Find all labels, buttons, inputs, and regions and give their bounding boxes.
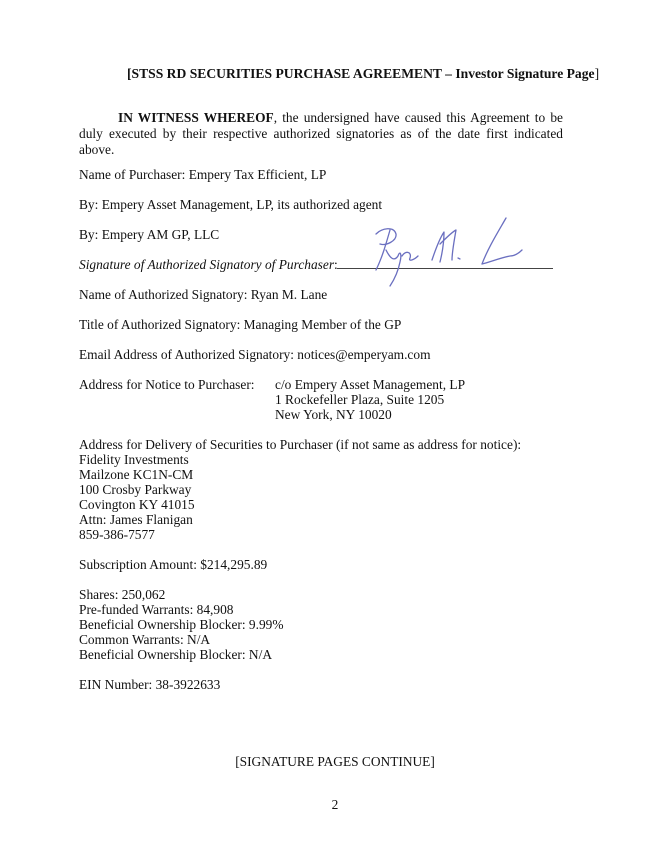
page-title: [STSS RD SECURITIES PURCHASE AGREEMENT –… (127, 66, 599, 81)
prefunded-warrants: Pre-funded Warrants: 84,908 (79, 602, 234, 617)
page-number: 2 (0, 797, 670, 812)
witness-paragraph: IN WITNESS WHEREOF, the undersigned have… (79, 110, 563, 158)
beneficial-ownership-blocker: Beneficial Ownership Blocker: 9.99% (79, 617, 284, 632)
ein-number: EIN Number: 38-3922633 (79, 677, 220, 692)
witness-heading: IN WITNESS WHEREOF (118, 110, 274, 125)
signatory-email: Email Address of Authorized Signatory: n… (79, 347, 430, 362)
delivery-address-line: Fidelity Investments (79, 452, 189, 467)
page-title-main: [STSS RD SECURITIES PURCHASE AGREEMENT –… (127, 66, 595, 81)
by-gp: By: Empery AM GP, LLC (79, 227, 219, 242)
by-agent: By: Empery Asset Management, LP, its aut… (79, 197, 382, 212)
notice-address-line: c/o Empery Asset Management, LP (275, 377, 465, 392)
signatory-title: Title of Authorized Signatory: Managing … (79, 317, 401, 332)
signature-label-row: Signature of Authorized Signatory of Pur… (79, 257, 338, 272)
common-warrants: Common Warrants: N/A (79, 632, 210, 647)
notice-address-line: New York, NY 10020 (275, 407, 392, 422)
handwritten-signature (360, 214, 540, 289)
page-title-bracket: ] (595, 66, 600, 81)
shares: Shares: 250,062 (79, 587, 165, 602)
subscription-amount: Subscription Amount: $214,295.89 (79, 557, 267, 572)
delivery-address-line: Attn: James Flanigan (79, 512, 193, 527)
delivery-address-label: Address for Delivery of Securities to Pu… (79, 437, 521, 452)
signature-pages-continue: [SIGNATURE PAGES CONTINUE] (0, 754, 670, 769)
delivery-address-line: 859-386-7577 (79, 527, 155, 542)
signature-label: Signature of Authorized Signatory of Pur… (79, 257, 334, 272)
purchaser-name: Name of Purchaser: Empery Tax Efficient,… (79, 167, 326, 182)
signatory-name: Name of Authorized Signatory: Ryan M. La… (79, 287, 327, 302)
signature-colon: : (334, 257, 338, 272)
delivery-address-line: Mailzone KC1N-CM (79, 467, 193, 482)
beneficial-ownership-blocker-common: Beneficial Ownership Blocker: N/A (79, 647, 272, 662)
notice-address-label: Address for Notice to Purchaser: (79, 377, 255, 392)
notice-address-line: 1 Rockefeller Plaza, Suite 1205 (275, 392, 444, 407)
delivery-address-line: Covington KY 41015 (79, 497, 195, 512)
delivery-address-line: 100 Crosby Parkway (79, 482, 191, 497)
